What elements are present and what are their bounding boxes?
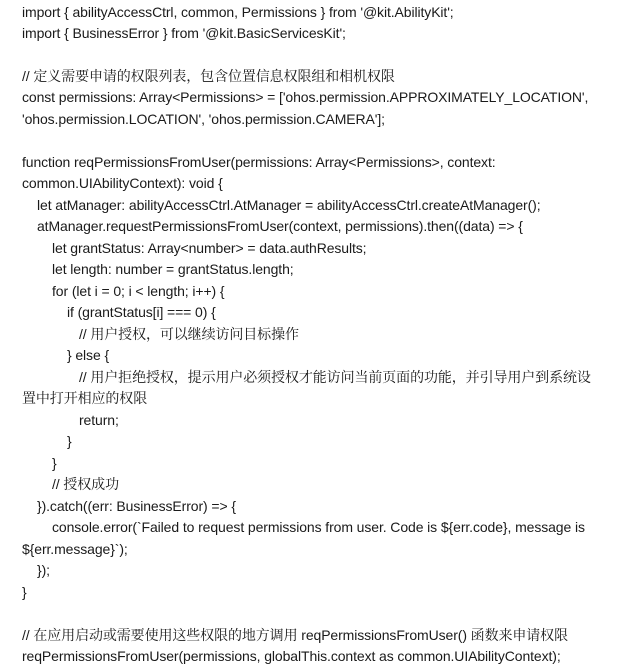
code-line: } (22, 582, 27, 604)
code-line: let atManager: abilityAccessCtrl.AtManag… (37, 195, 541, 217)
code-line: common.UIAbilityContext): void { (22, 173, 223, 195)
code-line: import { BusinessError } from '@kit.Basi… (22, 23, 346, 45)
code-line: import { abilityAccessCtrl, common, Perm… (22, 2, 454, 24)
code-comment: // 用户授权，可以继续访问目标操作 (79, 324, 299, 346)
code-line: } else { (67, 345, 109, 367)
code-line: } (52, 453, 57, 475)
code-comment: 置中打开相应的权限 (22, 388, 147, 410)
code-line: 'ohos.permission.LOCATION', 'ohos.permis… (22, 109, 385, 131)
code-comment: // 授权成功 (52, 474, 119, 496)
code-line: atManager.requestPermissionsFromUser(con… (37, 216, 523, 238)
code-line: let grantStatus: Array<number> = data.au… (52, 238, 366, 260)
code-line: for (let i = 0; i < length; i++) { (52, 281, 224, 303)
code-line: }).catch((err: BusinessError) => { (37, 496, 236, 518)
code-line: } (67, 431, 72, 453)
code-line: return; (79, 410, 119, 432)
code-line: console.error(`Failed to request permiss… (52, 517, 585, 539)
code-line: function reqPermissionsFromUser(permissi… (22, 152, 496, 174)
code-comment: // 用户拒绝授权，提示用户必须授权才能访问当前页面的功能，并引导用户到系统设 (79, 367, 591, 389)
code-comment: // 定义需要申请的权限列表，包含位置信息权限组和相机权限 (22, 66, 395, 88)
code-line: }); (37, 560, 50, 582)
code-line: if (grantStatus[i] === 0) { (67, 302, 216, 324)
code-line: reqPermissionsFromUser(permissions, glob… (22, 646, 561, 668)
code-comment: // 在应用启动或需要使用这些权限的地方调用 reqPermissionsFro… (22, 625, 568, 647)
code-line: let length: number = grantStatus.length; (52, 259, 294, 281)
code-line: const permissions: Array<Permissions> = … (22, 87, 588, 109)
code-line: ${err.message}`); (22, 539, 128, 561)
